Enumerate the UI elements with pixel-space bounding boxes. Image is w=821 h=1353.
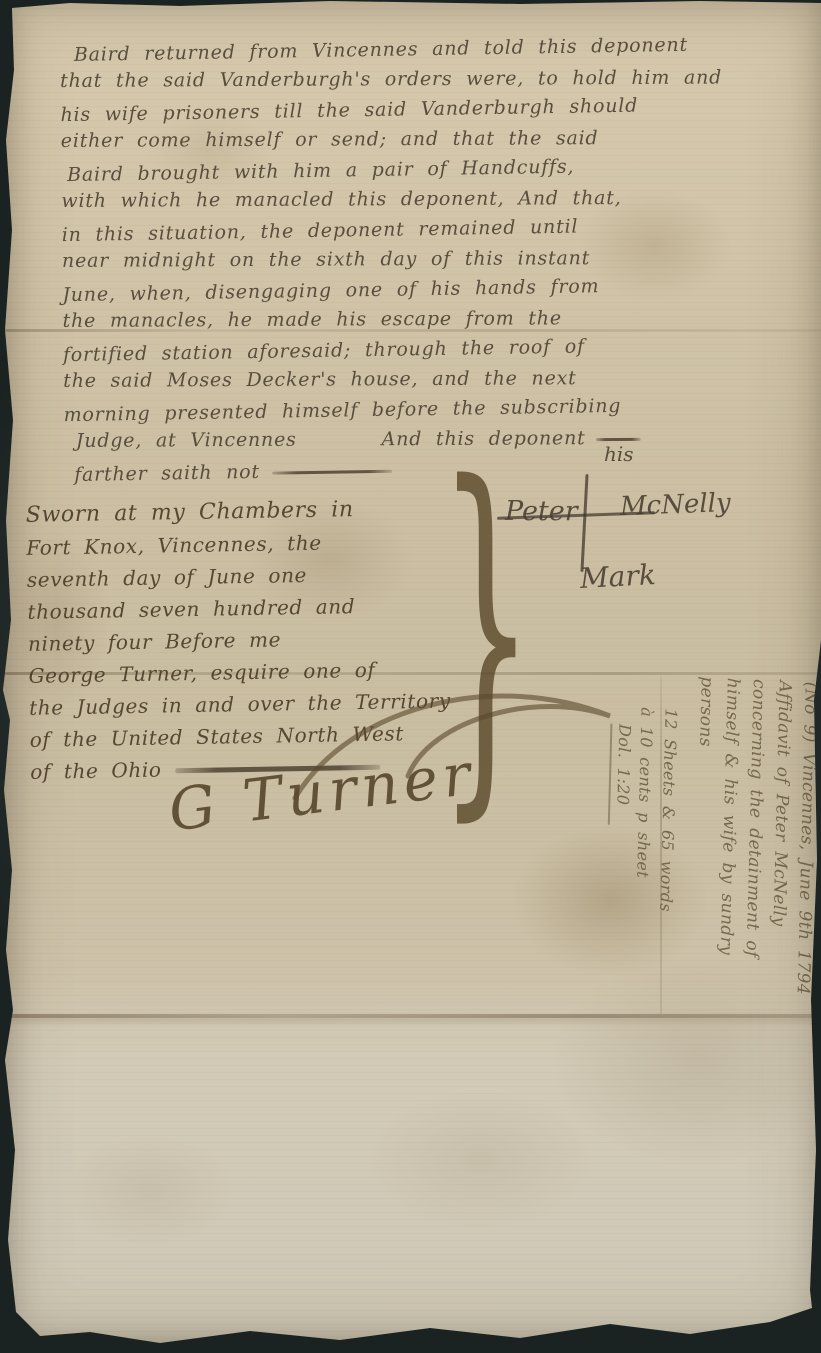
mark-cross-icon	[580, 474, 588, 572]
ink-dash	[272, 469, 392, 474]
photo-canvas: Baird returned from Vincennes and told t…	[0, 0, 821, 1353]
document-page: Baird returned from Vincennes and told t…	[0, 0, 821, 1353]
mark-label: Mark	[579, 558, 656, 595]
ink-dash	[596, 437, 641, 440]
docket-fee-block: 12 Sheets & 65 words à 10 cents p sheet …	[597, 705, 687, 1014]
deposition-text: Baird returned from Vincennes and told t…	[60, 30, 805, 488]
signer-last-name: McNelly	[620, 488, 732, 522]
docket-block: (No 9) Vincennes, June 9th 1794 Affidavi…	[546, 669, 821, 1022]
judge-at-vincennes-text: Judge, at Vincennes	[76, 429, 297, 452]
of-the-ohio-text: of the Ohio	[30, 758, 162, 784]
farther-saith-not-text: farther saith not	[74, 461, 260, 486]
jurat-block: Sworn at my Chambers in Fort Knox, Vince…	[26, 492, 471, 788]
docket-fee-total: Dol. 1:20	[608, 724, 637, 826]
his-label: his	[604, 442, 634, 466]
